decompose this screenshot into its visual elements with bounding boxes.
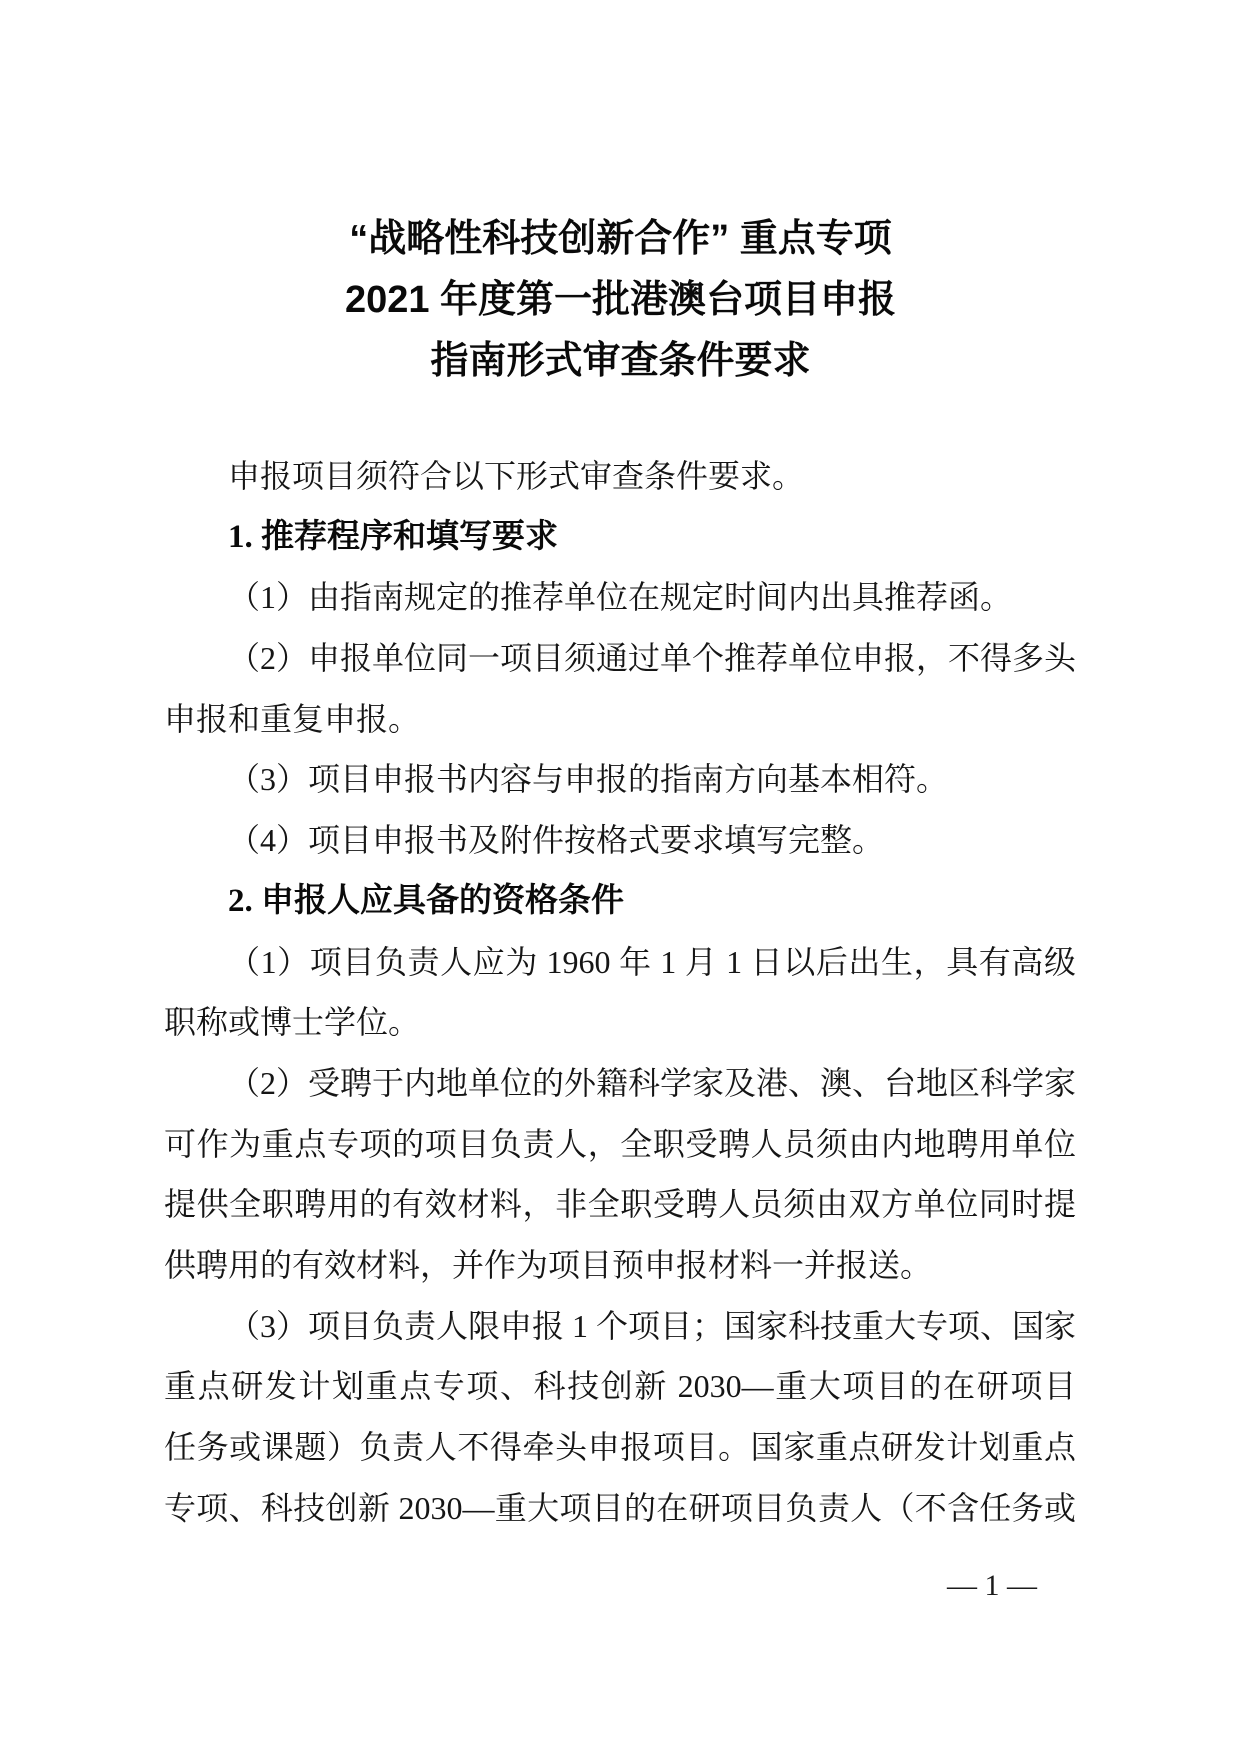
section-2-heading: 2. 申报人应具备的资格条件 (164, 871, 1076, 932)
section-1-item-4: （4）项目申报书及附件按格式要求填写完整。 (164, 810, 1076, 871)
section-1-heading: 1. 推荐程序和填写要求 (164, 507, 1076, 568)
section-1-item-3: （3）项目申报书内容与申报的指南方向基本相符。 (164, 749, 1076, 810)
document-page: “战略性科技创新合作” 重点专项 2021 年度第一批港澳台项目申报 指南形式审… (0, 0, 1241, 1754)
section-1-item-2-line-2: 申报和重复申报。 (164, 689, 1076, 750)
document-title: “战略性科技创新合作” 重点专项 2021 年度第一批港澳台项目申报 指南形式审… (0, 209, 1241, 392)
document-body: 申报项目须符合以下形式审查条件要求。 1. 推荐程序和填写要求 （1）由指南规定… (164, 446, 1076, 1538)
section-2-item-2-line-3: 提供全职聘用的有效材料，非全职受聘人员须由双方单位同时提 (164, 1174, 1076, 1235)
title-line-3: 指南形式审查条件要求 (0, 331, 1241, 392)
section-1-item-2-line-1: （2）申报单位同一项目须通过单个推荐单位申报，不得多头 (164, 628, 1076, 689)
section-2-item-1-line-2: 职称或博士学位。 (164, 992, 1076, 1053)
title-line-2: 2021 年度第一批港澳台项目申报 (0, 270, 1241, 331)
section-2-item-3-line-4: 专项、科技创新 2030—重大项目的在研项目负责人（不含任务或 (164, 1478, 1076, 1539)
section-2-item-3-line-2: 重点研发计划重点专项、科技创新 2030—重大项目的在研项目(含 (164, 1356, 1076, 1417)
section-2-item-3-line-3: 任务或课题）负责人不得牵头申报项目。国家重点研发计划重点 (164, 1417, 1076, 1478)
page-number: — 1 — (947, 1566, 1037, 1606)
section-1-item-1: （1）由指南规定的推荐单位在规定时间内出具推荐函。 (164, 567, 1076, 628)
section-2-item-1-line-1: （1）项目负责人应为 1960 年 1 月 1 日以后出生，具有高级 (164, 932, 1076, 993)
section-2-item-2-line-2: 可作为重点专项的项目负责人，全职受聘人员须由内地聘用单位 (164, 1114, 1076, 1175)
title-line-1: “战略性科技创新合作” 重点专项 (0, 209, 1241, 270)
section-2-item-3-line-1: （3）项目负责人限申报 1 个项目；国家科技重大专项、国家 (164, 1296, 1076, 1357)
intro-paragraph: 申报项目须符合以下形式审查条件要求。 (164, 446, 1076, 507)
section-2-item-2-line-4: 供聘用的有效材料，并作为项目预申报材料一并报送。 (164, 1235, 1076, 1296)
section-2-item-2-line-1: （2）受聘于内地单位的外籍科学家及港、澳、台地区科学家 (164, 1053, 1076, 1114)
